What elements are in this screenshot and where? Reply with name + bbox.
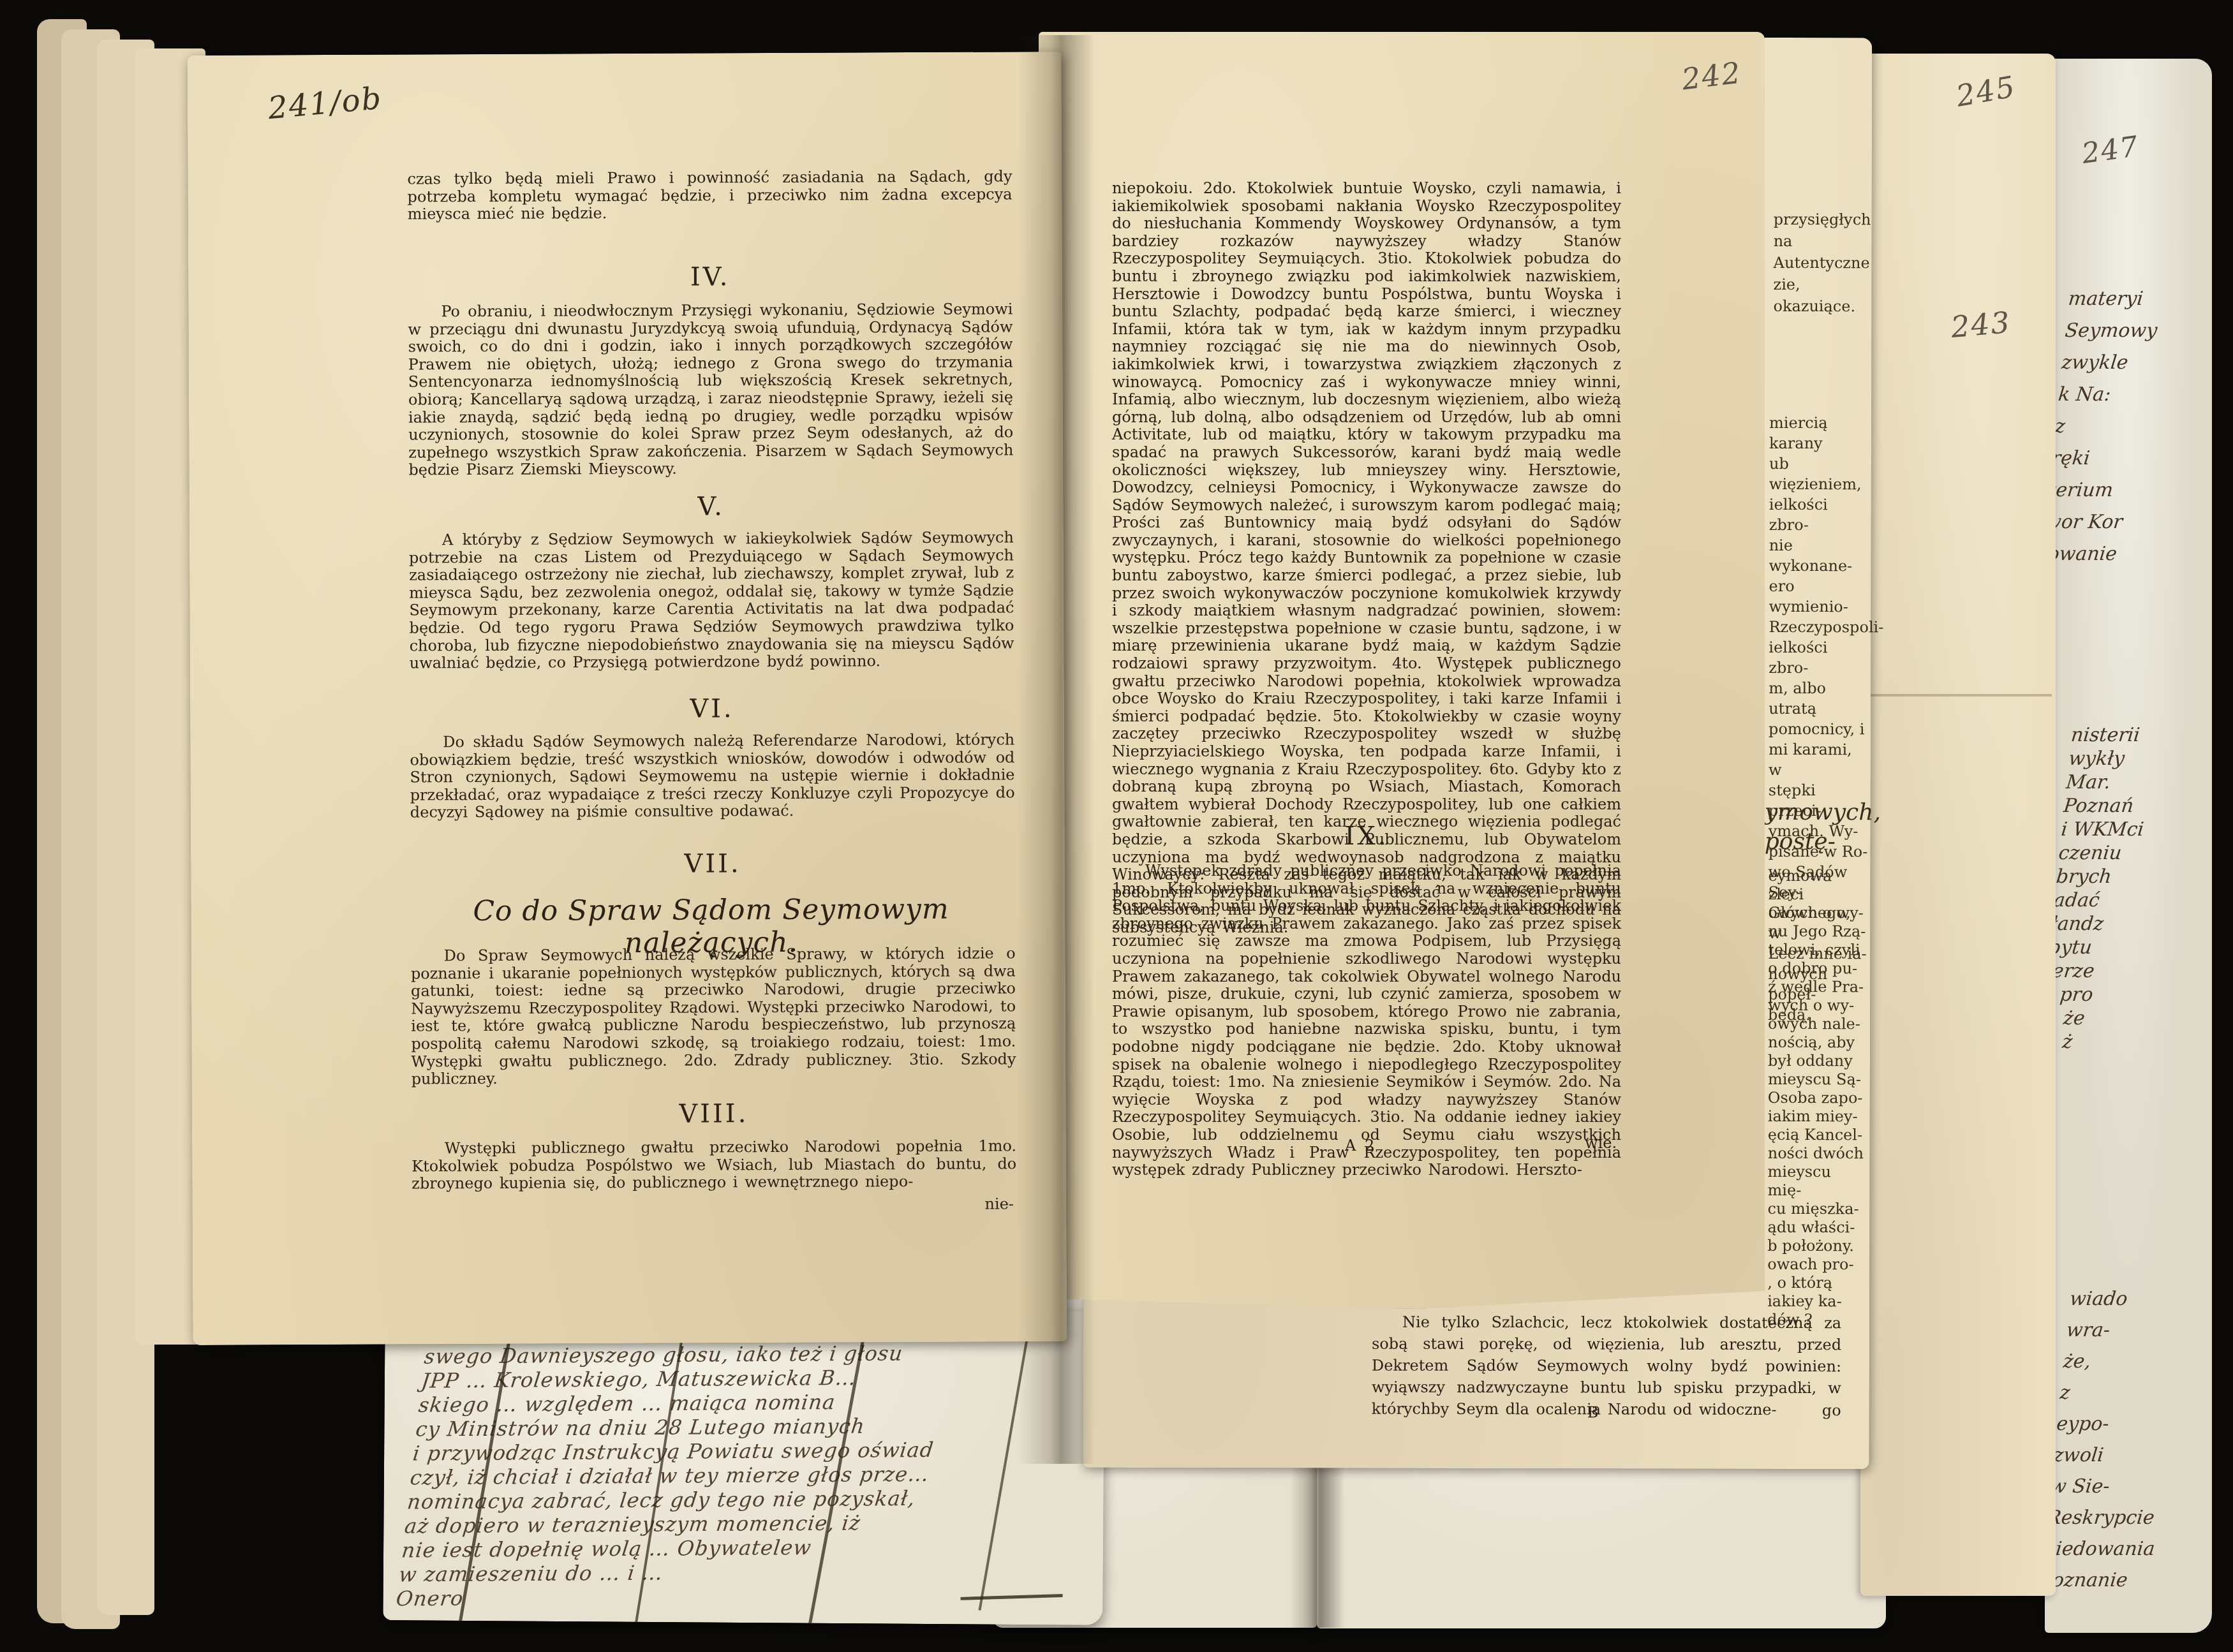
folio-number-247: 247 bbox=[2080, 130, 2141, 170]
section-heading-viii: VIII. bbox=[412, 1098, 1016, 1130]
printed-page-241ob: 241/ob czas tylko będą mieli Prawo i pow… bbox=[188, 52, 1067, 1345]
catchword-wie: wie. bbox=[1585, 1134, 1617, 1152]
folio-number-243: 243 bbox=[1950, 305, 2012, 344]
folio-number-241ob: 241/ob bbox=[267, 80, 384, 126]
catchword-go: go bbox=[1822, 1401, 1841, 1419]
slip-band: 245 243 bbox=[1860, 54, 2056, 1596]
manuscript-page-247: 247 materyi Seymowy zwykle k Na: z ręki … bbox=[2045, 59, 2212, 1633]
cross-out-strokes bbox=[383, 1306, 1104, 1625]
fragment-band-lower: eymowa zleci owych o wy- nu Jego Rzą- te… bbox=[1767, 867, 1868, 1329]
section-heading-vi: VI. bbox=[410, 693, 1014, 725]
gathering-signature-B: B bbox=[1587, 1403, 1599, 1421]
manuscript-fragments-lower: wiado wra- że, z eypo- zwoli w Sie- Resk… bbox=[2038, 1283, 2183, 1596]
catchword-nie: nie- bbox=[984, 1195, 1014, 1213]
manuscript-fragments-upper: materyi Seymowy zwykle k Na: z ręki teri… bbox=[2040, 283, 2162, 570]
fragment-band-heading: ymowych, postę- bbox=[1765, 798, 1867, 857]
manuscript-note-page: JP Mineyko nowienia … iako też i głosu s… bbox=[383, 1306, 1104, 1625]
folio-number-242: 242 bbox=[1680, 55, 1744, 96]
printed-page-242: 242 niepokoiu. 2do. Ktokolwiek buntuie W… bbox=[1039, 32, 1765, 1309]
slip-crease bbox=[1860, 694, 2052, 697]
section-vi-body: Do składu Sądów Seymowych należą Referen… bbox=[410, 731, 1015, 822]
section-iv-body: Po obraniu, i nieodwłocznym Przysięgi wy… bbox=[408, 300, 1013, 479]
section-heading-ix: IX. bbox=[1112, 822, 1621, 851]
section-vii-body: Do Spraw Seymowych należą wszelkie Spraw… bbox=[411, 945, 1016, 1088]
section-v-body: A któryby z Sędziow Seymowych w iakieyko… bbox=[409, 529, 1014, 672]
section-ix-body: Występek zdrady publiczney przeciwko Nar… bbox=[1112, 862, 1621, 1179]
fragment-top-right: przysięgłych na Autentyczne zie, okazuią… bbox=[1773, 209, 1869, 317]
section-heading-v: V. bbox=[409, 490, 1014, 522]
section-heading-vii: VII. bbox=[410, 848, 1015, 880]
section-heading-iv: IV. bbox=[408, 261, 1013, 293]
bottom-printed-note: Nie tylko Szlachcic, lecz ktokolwiek dos… bbox=[1372, 1311, 1841, 1421]
left-page-intro: czas tylko będą mieli Prawo i powinność … bbox=[407, 168, 1012, 223]
section-viii-body: Występki publicznego gwałtu przeciwko Na… bbox=[412, 1137, 1016, 1193]
folio-number-245: 245 bbox=[1954, 69, 2019, 113]
gathering-signature-A2: A 2 bbox=[1345, 1137, 1376, 1154]
archival-photo: JP Mineyko nowienia … iako też i głosu s… bbox=[0, 0, 2233, 1652]
